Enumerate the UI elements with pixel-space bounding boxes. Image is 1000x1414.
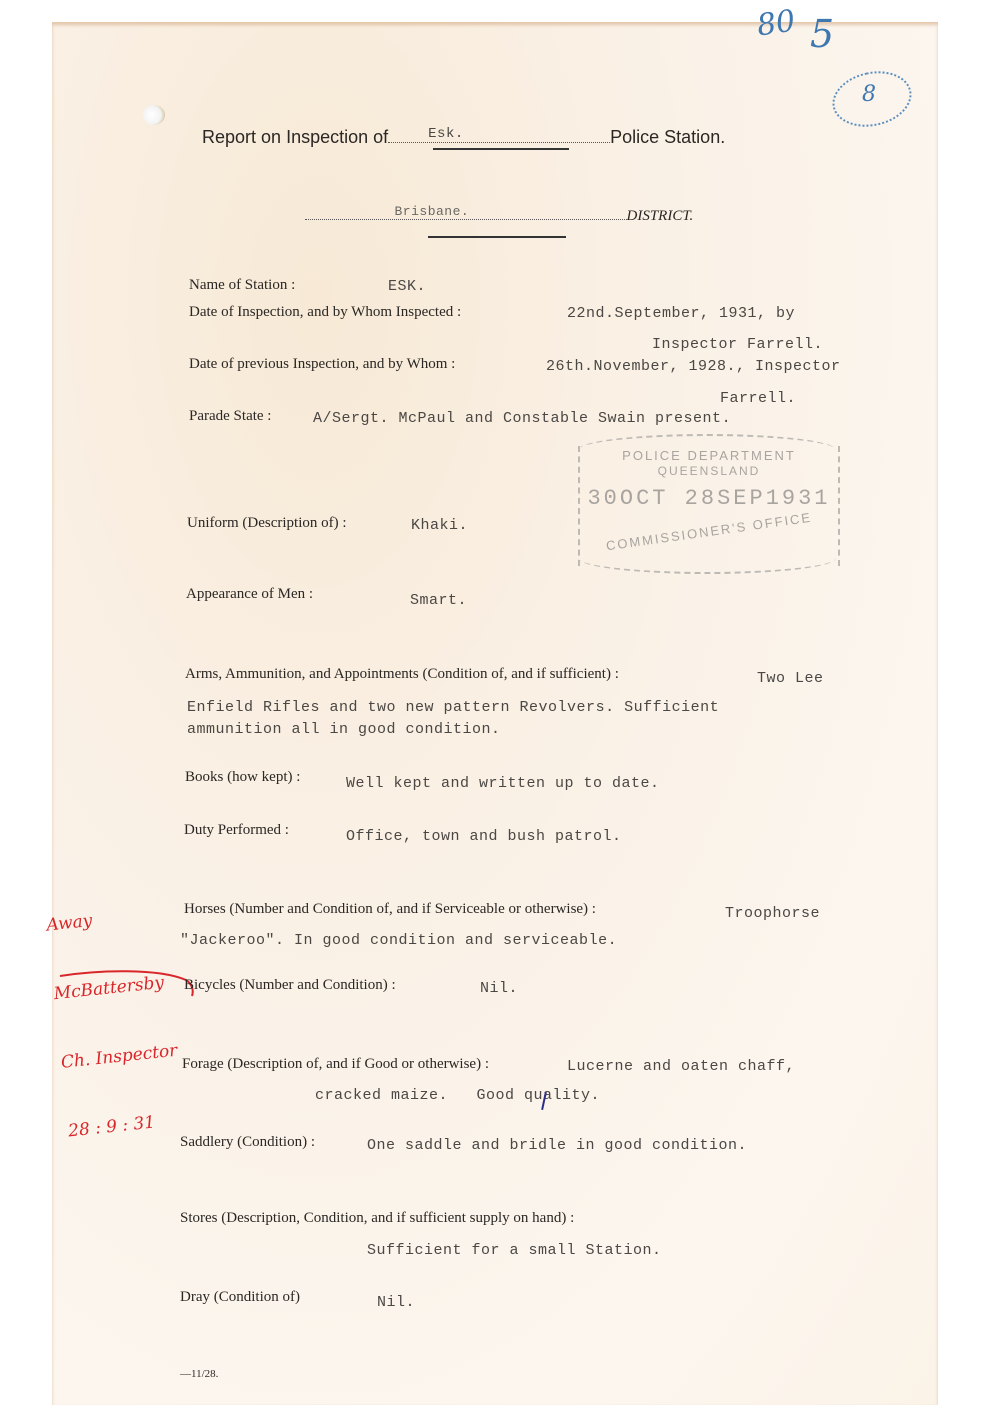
field-value-previous-inspection-2: Farrell. xyxy=(720,390,796,407)
header-rule-1 xyxy=(433,148,569,150)
district-line: Brisbane.DISTRICT. xyxy=(297,190,693,225)
red-underline-stroke xyxy=(58,960,198,1000)
field-label-horses: Horses (Number and Condition of, and if … xyxy=(184,901,596,918)
field-label-inspection-date: Date of Inspection, and by Whom Inspecte… xyxy=(189,304,461,321)
district-fill: Brisbane. xyxy=(395,204,470,219)
field-value-dray: Nil. xyxy=(377,1294,415,1311)
field-label-station-name: Name of Station : xyxy=(189,277,295,294)
folio-number: 80 xyxy=(755,4,798,44)
title-suffix: Police Station. xyxy=(610,127,725,147)
field-value-arms-2: Enfield Rifles and two new pattern Revol… xyxy=(187,699,719,716)
field-value-parade-state: A/Sergt. McPaul and Constable Swain pres… xyxy=(313,410,731,427)
header-rule-2 xyxy=(428,236,566,238)
field-value-duty: Office, town and bush patrol. xyxy=(346,828,622,845)
form-code: —11/28. xyxy=(180,1368,218,1380)
field-label-dray: Dray (Condition of) xyxy=(180,1289,300,1306)
field-value-station-name: ESK. xyxy=(388,278,426,295)
field-label-forage: Forage (Description of, and if Good or o… xyxy=(182,1056,489,1073)
stamp-date: 30OCT 28SEP1931 xyxy=(584,486,834,511)
report-title: Report on Inspection ofEsk.Police Statio… xyxy=(192,106,725,148)
field-value-previous-inspection: 26th.November, 1928., Inspector xyxy=(546,358,841,375)
field-value-forage: Lucerne and oaten chaff, xyxy=(567,1058,795,1075)
stamp-line-2: QUEENSLAND xyxy=(590,464,828,478)
field-label-parade-state: Parade State : xyxy=(189,408,271,425)
field-value-horses-2: "Jackeroo". In good condition and servic… xyxy=(180,932,617,949)
circled-number: 8 xyxy=(862,82,876,107)
field-label-uniform: Uniform (Description of) : xyxy=(187,515,347,532)
field-value-arms: Two Lee xyxy=(757,670,824,687)
station-fill: Esk. xyxy=(428,126,464,142)
field-value-books: Well kept and written up to date. xyxy=(346,775,660,792)
field-value-stores: Sufficient for a small Station. xyxy=(367,1242,662,1259)
field-label-appearance: Appearance of Men : xyxy=(186,586,313,603)
field-value-bicycles: Nil. xyxy=(480,980,518,997)
field-value-uniform: Khaki. xyxy=(411,517,468,534)
red-note-line-3: Ch. Inspector xyxy=(60,1040,179,1075)
punch-hole xyxy=(143,105,165,125)
field-value-arms-3: ammunition all in good condition. xyxy=(187,721,501,738)
field-value-horses: Troophorse xyxy=(725,905,820,922)
field-value-inspection-date: 22nd.September, 1931, by xyxy=(567,305,795,322)
field-value-inspection-date-2: Inspector Farrell. xyxy=(652,336,823,353)
field-label-duty: Duty Performed : xyxy=(184,822,289,839)
field-label-saddlery: Saddlery (Condition) : xyxy=(180,1134,315,1151)
field-label-arms: Arms, Ammunition, and Appointments (Cond… xyxy=(185,666,619,683)
red-note-line-4: 28 : 9 : 31 xyxy=(67,1108,186,1143)
field-label-books: Books (how kept) : xyxy=(185,769,300,786)
stamp-line-1: POLICE DEPARTMENT xyxy=(590,448,828,463)
field-label-stores: Stores (Description, Condition, and if s… xyxy=(180,1210,574,1227)
received-stamp: POLICE DEPARTMENT QUEENSLAND 30OCT 28SEP… xyxy=(578,446,840,566)
field-value-appearance: Smart. xyxy=(410,592,467,609)
folio-mark: 5 xyxy=(810,12,834,56)
red-note-line-1: Away xyxy=(46,902,165,937)
field-value-saddlery: One saddle and bridle in good condition. xyxy=(367,1137,747,1154)
field-label-previous-inspection: Date of previous Inspection, and by Whom… xyxy=(189,356,455,373)
title-prefix: Report on Inspection of xyxy=(202,127,388,147)
field-value-forage-2: cracked maize. Good quality. xyxy=(315,1087,600,1104)
district-label: DISTRICT. xyxy=(627,208,694,224)
field-label-bicycles: Bicycles (Number and Condition) : xyxy=(184,977,396,994)
